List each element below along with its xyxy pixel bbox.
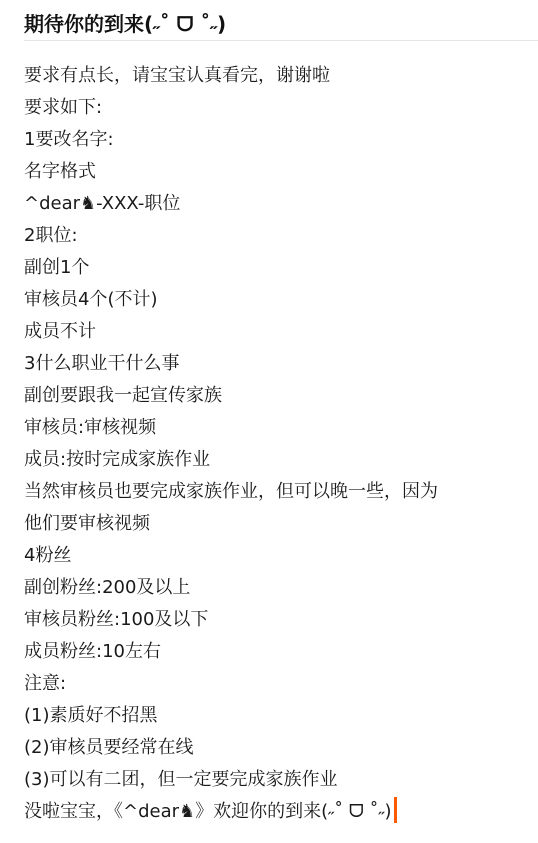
body-line: 审核员4个(不计) bbox=[24, 284, 534, 316]
post-body-editor[interactable]: 要求有点长，请宝宝认真看完，谢谢啦 要求如下: 1要改名字: 名字格式 ^dea… bbox=[24, 60, 534, 828]
body-line: 成员:按时完成家族作业 bbox=[24, 444, 534, 476]
body-line: 1要改名字: bbox=[24, 124, 534, 156]
body-line: 审核员粉丝:100及以下 bbox=[24, 604, 534, 636]
body-line: 副创1个 bbox=[24, 252, 534, 284]
body-line: 2职位: bbox=[24, 220, 534, 252]
body-line: 要求如下: bbox=[24, 92, 534, 124]
body-line: 当然审核员也要完成家族作业，但可以晚一些，因为 bbox=[24, 476, 534, 508]
body-line: 成员粉丝:10左右 bbox=[24, 636, 534, 668]
body-line: 副创粉丝:200及以上 bbox=[24, 572, 534, 604]
body-line: 4粉丝 bbox=[24, 540, 534, 572]
last-line-text: 没啦宝宝，《^dear♞》欢迎你的到来(˶˚ ᗜ ˚˶) bbox=[24, 801, 392, 822]
body-line: (2)审核员要经常在线 bbox=[24, 732, 534, 764]
body-line: 注意: bbox=[24, 668, 534, 700]
body-line: 名字格式 bbox=[24, 156, 534, 188]
body-line: 审核员:审核视频 bbox=[24, 412, 534, 444]
text-cursor bbox=[394, 797, 397, 823]
body-line-last: 没啦宝宝，《^dear♞》欢迎你的到来(˶˚ ᗜ ˚˶) bbox=[24, 796, 534, 828]
body-line: ^dear♞-XXX-职位 bbox=[24, 188, 534, 220]
body-line: (1)素质好不招黑 bbox=[24, 700, 534, 732]
body-line: 3什么职业干什么事 bbox=[24, 348, 534, 380]
body-line: 副创要跟我一起宣传家族 bbox=[24, 380, 534, 412]
body-line: (3)可以有二团，但一定要完成家族作业 bbox=[24, 764, 534, 796]
post-title-input[interactable]: 期待你的到来(˶˚ ᗜ ˚˶) bbox=[24, 10, 226, 38]
body-line: 他们要审核视频 bbox=[24, 508, 534, 540]
body-line: 要求有点长，请宝宝认真看完，谢谢啦 bbox=[24, 60, 534, 92]
title-divider bbox=[24, 40, 538, 41]
body-line: 成员不计 bbox=[24, 316, 534, 348]
